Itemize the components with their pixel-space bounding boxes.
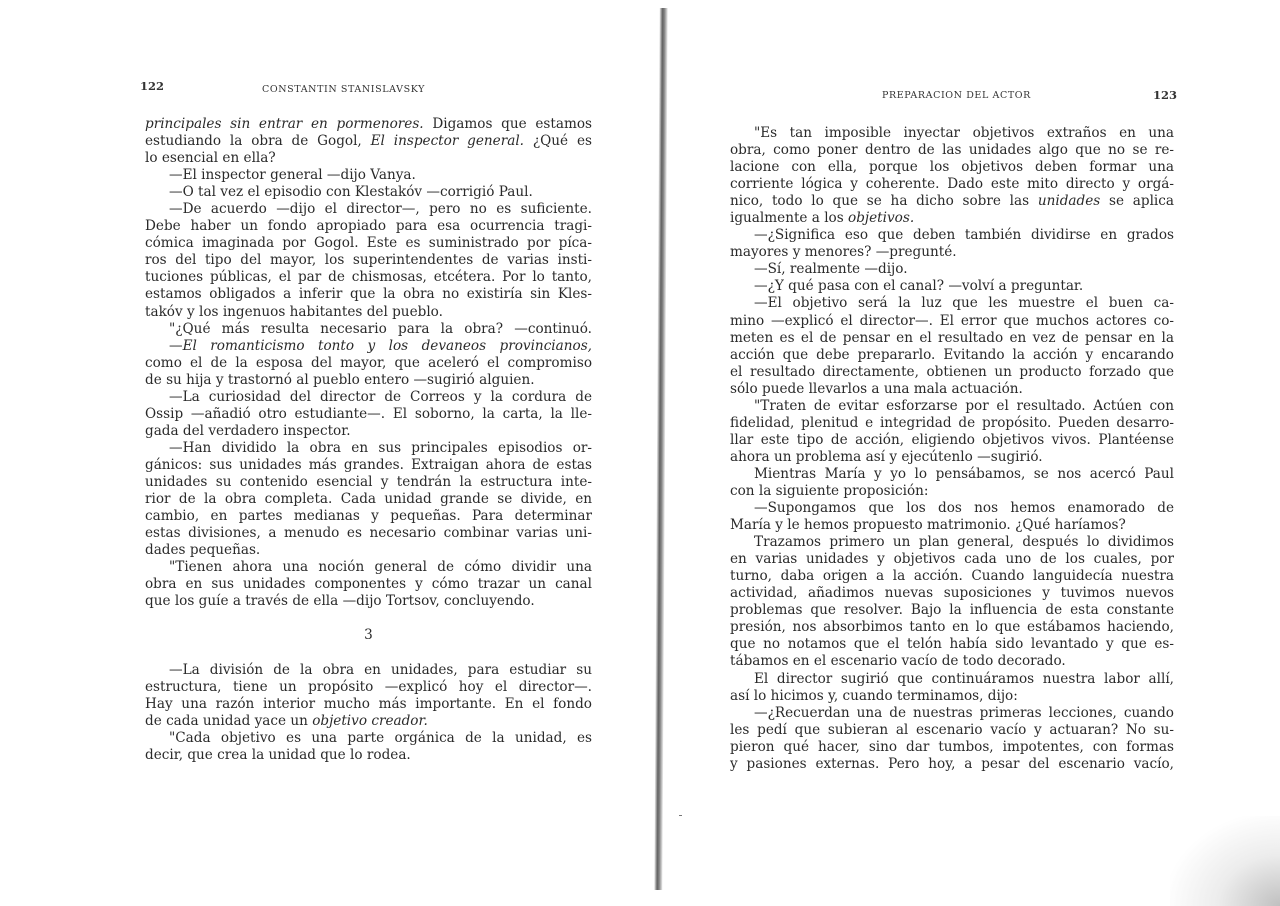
text: pieron qué hacer, sino dar tumbos, impot… — [730, 739, 1174, 755]
text-line: obra en sus unidades componentes y cómo … — [145, 576, 592, 593]
text-line: problemas que resolver. Bajo la influenc… — [730, 602, 1174, 619]
text: takóv y los ingenuos habitantes del pueb… — [145, 304, 443, 320]
text-line: mayores y menores? —pregunté. — [730, 244, 1174, 261]
text-line: estudiando la obra de Gogol, El inspecto… — [145, 133, 592, 150]
italic-text: objetivos. — [848, 210, 914, 226]
text-line: Trazamos primero un plan general, despué… — [730, 534, 1174, 551]
text-line: unidades su contenido esencial y tendrán… — [145, 474, 592, 491]
text-line: decir, que crea la unidad que lo rodea. — [145, 747, 592, 764]
text-line: El director sugirió que continuáramos nu… — [730, 671, 1174, 688]
text-line: —Supongamos que los dos nos hemos enamor… — [730, 500, 1174, 517]
text-line: como el de la esposa del mayor, que acel… — [145, 355, 592, 372]
text: —De acuerdo —dijo el director—, pero no … — [169, 201, 592, 217]
text-line: tábamos en el escenario vacío de todo de… — [730, 653, 1174, 670]
text-line: y pasiones externas. Pero hoy, a pesar d… — [730, 756, 1174, 773]
text: actividad, añadimos nuevas suposiciones … — [730, 585, 1174, 601]
text-line: Debe haber un fondo apropiado para esa o… — [145, 218, 592, 235]
text: en varias unidades y objetivos cada uno … — [730, 551, 1174, 567]
text: Digamos que estamos — [424, 116, 592, 132]
text: turno, daba origen a la acción. Cuando l… — [730, 568, 1174, 584]
text-line: Mientras María y yo lo pensábamos, se no… — [730, 466, 1174, 483]
text-line: pieron qué hacer, sino dar tumbos, impot… — [730, 739, 1174, 756]
text: el resultado directamente, obtienen un p… — [730, 364, 1174, 380]
text-line: principales sin entrar en pormenores. Di… — [145, 116, 592, 133]
right-page: PREPARACION DEL ACTOR 123 "Es tan imposi… — [640, 0, 1280, 906]
text: lo esencial en ella? — [145, 150, 276, 166]
text-line: actividad, añadimos nuevas suposiciones … — [730, 585, 1174, 602]
text: gánicos: sus unidades más grandes. Extra… — [145, 457, 592, 473]
text: Mientras María y yo lo pensábamos, se no… — [754, 466, 1174, 482]
right-page-body: "Es tan imposible inyectar objetivos ext… — [730, 125, 1174, 773]
text-line: con la siguiente proposición: — [730, 483, 1174, 500]
text-line: llar este tipo de acción, eligiendo obje… — [730, 432, 1174, 449]
text: igualmente a los — [730, 210, 848, 226]
text-line: —El objetivo será la luz que les muestre… — [730, 295, 1174, 312]
text-line: —La división de la obra en unidades, par… — [145, 662, 592, 679]
text: Trazamos primero un plan general, despué… — [754, 534, 1174, 550]
text: "Tienen ahora una noción general de cómo… — [169, 559, 592, 575]
text: —El objetivo será la luz que les muestre… — [754, 295, 1174, 311]
text: que no notamos que el telón había sido l… — [730, 636, 1174, 652]
text-line: estamos obligados a inferir que la obra … — [145, 286, 592, 303]
text: cambio, en partes medianas y pequeñas. P… — [145, 508, 592, 524]
text: —¿Recuerdan una de nuestras primeras lec… — [754, 705, 1174, 721]
text: —La curiosidad del director de Correos y… — [169, 389, 592, 405]
text: dades pequeñas. — [145, 542, 260, 558]
text: con la siguiente proposición: — [730, 483, 928, 499]
text-line: "Es tan imposible inyectar objetivos ext… — [730, 125, 1174, 142]
text-line: —¿Y qué pasa con el canal? —volví a preg… — [730, 278, 1174, 295]
text-line: María y le hemos propuesto matrimonio. ¿… — [730, 517, 1174, 534]
text-line: "Cada objetivo es una parte orgánica de … — [145, 730, 592, 747]
text-line: nico, todo lo que se ha dicho sobre las … — [730, 193, 1174, 210]
text-line: lo esencial en ella? — [145, 150, 592, 167]
left-page-body: principales sin entrar en pormenores. Di… — [145, 116, 592, 764]
text: sólo puede llevarlos a una mala actuació… — [730, 381, 1023, 397]
text: rior de la obra completa. Cada unidad gr… — [145, 491, 592, 507]
text: y pasiones externas. Pero hoy, a pesar d… — [730, 756, 1174, 772]
text-line: sólo puede llevarlos a una mala actuació… — [730, 381, 1174, 398]
text-line: ahora un problema así y ejecútenlo —sugi… — [730, 449, 1174, 466]
text-line: —De acuerdo —dijo el director—, pero no … — [145, 201, 592, 218]
text-line: —¿Significa eso que deben también dividi… — [730, 227, 1174, 244]
text-line: fidelidad, plenitud e integridad de prop… — [730, 415, 1174, 432]
text: María y le hemos propuesto matrimonio. ¿… — [730, 517, 1126, 533]
text: problemas que resolver. Bajo la influenc… — [730, 602, 1174, 618]
text-line: Ossip —añadió otro estudiante—. El sobor… — [145, 406, 592, 423]
italic-text: principales sin entrar en pormenores. — [145, 116, 424, 132]
text-line: que no notamos que el telón había sido l… — [730, 636, 1174, 653]
text-line: así lo hicimos y, cuando terminamos, dij… — [730, 688, 1174, 705]
text: ¿Qué es — [524, 133, 592, 149]
section-number: 3 — [145, 627, 592, 644]
text-line: gada del verdadero inspector. — [145, 423, 592, 440]
text-line: de cada unidad yace un objetivo creador. — [145, 713, 592, 730]
text-line: presión, nos absorbimos tanto en lo que … — [730, 619, 1174, 636]
text-line: tuciones públicas, el par de chismosas, … — [145, 269, 592, 286]
text: El director sugirió que continuáramos nu… — [754, 671, 1174, 687]
text: estudiando la obra de Gogol, — [145, 133, 371, 149]
text: tábamos en el escenario vacío de todo de… — [730, 653, 1066, 669]
text: —El inspector general —dijo Vanya. — [169, 167, 416, 183]
text: acción que debe prepararlo. Evitando la … — [730, 347, 1174, 363]
text-line: acción que debe prepararlo. Evitando la … — [730, 347, 1174, 364]
italic-text: objetivo creador. — [312, 713, 428, 729]
text: les pedí que subieran al escenario vacío… — [730, 722, 1174, 738]
text: —¿Significa eso que deben también dividi… — [754, 227, 1174, 243]
page-number: 123 — [1153, 88, 1177, 102]
text: Debe haber un fondo apropiado para esa o… — [145, 218, 592, 234]
text: —Han dividido la obra en sus principales… — [169, 440, 592, 456]
text: —¿Y qué pasa con el canal? —volví a preg… — [754, 278, 1083, 294]
text-line: rior de la obra completa. Cada unidad gr… — [145, 491, 592, 508]
text: estamos obligados a inferir que la obra … — [145, 286, 592, 302]
page-number: 122 — [140, 79, 164, 93]
text: presión, nos absorbimos tanto en lo que … — [730, 619, 1174, 635]
text-line: gánicos: sus unidades más grandes. Extra… — [145, 457, 592, 474]
text: que los guíe a través de ella —dijo Tort… — [145, 593, 535, 609]
text: llar este tipo de acción, eligiendo obje… — [730, 432, 1174, 448]
text: mayores y menores? —pregunté. — [730, 244, 957, 260]
text: ros del tipo del mayor, los superintende… — [145, 252, 592, 268]
text-line: —Sí, realmente —dijo. — [730, 261, 1174, 278]
text: estas divisiones, a menudo es necesario … — [145, 525, 592, 541]
text: fidelidad, plenitud e integridad de prop… — [730, 415, 1174, 431]
text-line: —¿Recuerdan una de nuestras primeras lec… — [730, 705, 1174, 722]
running-head: PREPARACION DEL ACTOR — [882, 90, 1031, 101]
text: corriente lógica y coherente. Dado este … — [730, 176, 1174, 192]
text-line: turno, daba origen a la acción. Cuando l… — [730, 568, 1174, 585]
text: nico, todo lo que se ha dicho sobre las — [730, 193, 1038, 209]
text: se aplica — [1100, 193, 1174, 209]
text-line: Hay una razón interior mucho más importa… — [145, 696, 592, 713]
text: de cada unidad yace un — [145, 713, 312, 729]
text: "¿Qué más resulta necesario para la obra… — [169, 321, 592, 337]
text-line: "Tienen ahora una noción general de cómo… — [145, 559, 592, 576]
italic-text: unidades — [1038, 193, 1100, 209]
text-line: obra, como poner dentro de las unidades … — [730, 142, 1174, 159]
text-line: igualmente a los objetivos. — [730, 210, 1174, 227]
text: —Supongamos que los dos nos hemos enamor… — [754, 500, 1174, 516]
text: de su hija y trastornó al pueblo entero … — [145, 372, 535, 388]
text-line: —El inspector general —dijo Vanya. — [145, 167, 592, 184]
text-line: "¿Qué más resulta necesario para la obra… — [145, 321, 592, 338]
text: mino —explicó el director—. El error que… — [730, 313, 1174, 329]
text-line: —Han dividido la obra en sus principales… — [145, 440, 592, 457]
text: ahora un problema así y ejecútenlo —sugi… — [730, 449, 1043, 465]
running-head: CONSTANTIN STANISLAVSKY — [262, 84, 425, 95]
italic-text: El inspector general. — [371, 133, 524, 149]
text: estructura, tiene un propósito —explicó … — [145, 679, 592, 695]
text: lacione con ella, porque los objetivos d… — [730, 159, 1174, 175]
text: unidades su contenido esencial y tendrán… — [145, 474, 592, 490]
text-line: ros del tipo del mayor, los superintende… — [145, 252, 592, 269]
text-line: —O tal vez el episodio con Klestakóv —co… — [145, 184, 592, 201]
text-line: takóv y los ingenuos habitantes del pueb… — [145, 304, 592, 321]
text-line: meten es el de pensar en el resultado en… — [730, 330, 1174, 347]
text-line: estructura, tiene un propósito —explicó … — [145, 679, 592, 696]
text-line: —La curiosidad del director de Correos y… — [145, 389, 592, 406]
text-line: —El romanticismo tonto y los devaneos pr… — [145, 338, 592, 355]
text-line: mino —explicó el director—. El error que… — [730, 313, 1174, 330]
text: así lo hicimos y, cuando terminamos, dij… — [730, 688, 1018, 704]
text: —La división de la obra en unidades, par… — [169, 662, 592, 678]
text: obra, como poner dentro de las unidades … — [730, 142, 1174, 158]
spacer — [145, 610, 592, 627]
text-line: cómica imaginada por Gogol. Este es sumi… — [145, 235, 592, 252]
text: "Traten de evitar esforzarse por el resu… — [754, 398, 1174, 414]
text: —Sí, realmente —dijo. — [754, 261, 908, 277]
left-page: 122 CONSTANTIN STANISLAVSKY principales … — [0, 0, 640, 906]
scan-shadow — [1170, 816, 1280, 906]
text-line: corriente lógica y coherente. Dado este … — [730, 176, 1174, 193]
text: cómica imaginada por Gogol. Este es sumi… — [145, 235, 592, 251]
text: 3 — [364, 627, 373, 643]
text: — — [169, 338, 183, 354]
text-line: el resultado directamente, obtienen un p… — [730, 364, 1174, 381]
text-line: dades pequeñas. — [145, 542, 592, 559]
text: Ossip —añadió otro estudiante—. El sobor… — [145, 406, 592, 422]
spacer — [145, 644, 592, 661]
text: decir, que crea la unidad que lo rodea. — [145, 747, 411, 763]
text-line: lacione con ella, porque los objetivos d… — [730, 159, 1174, 176]
text: obra en sus unidades componentes y cómo … — [145, 576, 592, 592]
text: gada del verdadero inspector. — [145, 423, 351, 439]
text-line: les pedí que subieran al escenario vacío… — [730, 722, 1174, 739]
text: tuciones públicas, el par de chismosas, … — [145, 269, 592, 285]
text: meten es el de pensar en el resultado en… — [730, 330, 1174, 346]
text-line: cambio, en partes medianas y pequeñas. P… — [145, 508, 592, 525]
text-line: de su hija y trastornó al pueblo entero … — [145, 372, 592, 389]
text: como el de la esposa del mayor, que acel… — [145, 355, 592, 371]
text-line: en varias unidades y objetivos cada uno … — [730, 551, 1174, 568]
text-line: "Traten de evitar esforzarse por el resu… — [730, 398, 1174, 415]
text-line: que los guíe a través de ella —dijo Tort… — [145, 593, 592, 610]
text: Hay una razón interior mucho más importa… — [145, 696, 592, 712]
text: —O tal vez el episodio con Klestakóv —co… — [169, 184, 533, 200]
text-line: estas divisiones, a menudo es necesario … — [145, 525, 592, 542]
italic-text: El romanticismo tonto y los devaneos pro… — [183, 338, 592, 354]
text: "Cada objetivo es una parte orgánica de … — [169, 730, 592, 746]
text: "Es tan imposible inyectar objetivos ext… — [754, 125, 1174, 141]
